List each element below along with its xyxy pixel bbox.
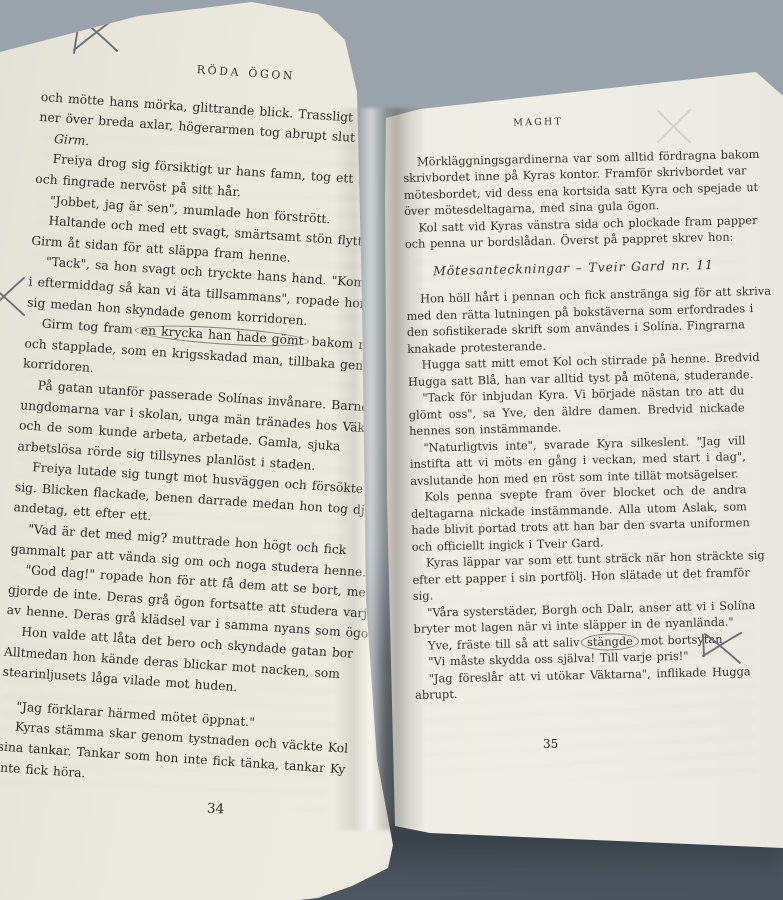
- right-page-number: 35: [543, 737, 558, 751]
- pencil-x-top-left-icon: [70, 10, 124, 58]
- text-segment: Yve, fräste till så att saliv: [428, 635, 584, 653]
- pencil-x-left-margin-icon: [0, 274, 28, 320]
- right-page-text-column: MAGHT Mörkläggningsgardinerna var som al…: [402, 110, 751, 703]
- right-page-header: MAGHT: [402, 110, 738, 134]
- book-photo: RÖDA ÖGON och mötte hans mörka, glittran…: [0, 0, 783, 900]
- left-page-header: RÖDA ÖGON: [43, 50, 366, 92]
- left-page-text-column: RÖDA ÖGON och mötte hans mörka, glittran…: [0, 50, 365, 799]
- right-page-body: Mörkläggningsgardinerna var som alltid f…: [403, 146, 751, 703]
- left-page-number: 34: [207, 801, 225, 818]
- text-segment: bakom ryg: [306, 334, 379, 353]
- pencil-circle-annotation: stängde: [581, 632, 639, 650]
- left-page-body: och mötte hans mörka, glittrande blick. …: [0, 87, 363, 799]
- text-segment: mot bortsytan.: [636, 631, 727, 647]
- text-segment: Girm tog fram: [41, 317, 138, 337]
